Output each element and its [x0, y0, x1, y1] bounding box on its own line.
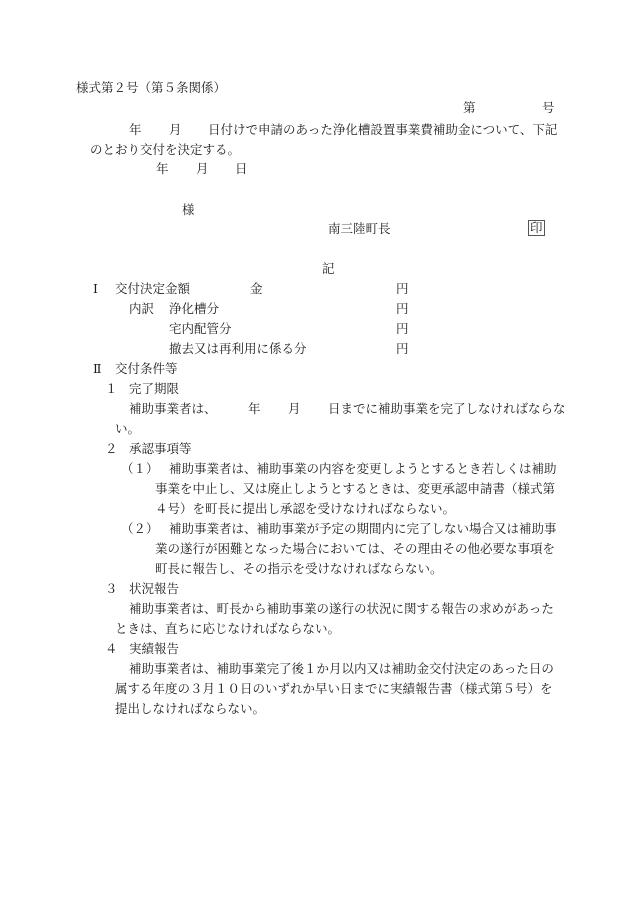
number-suffix: 号: [542, 100, 555, 116]
item-text: 補助事業者は、町長から補助事業の遂行の状況に関する報告の求めがあった: [129, 601, 554, 617]
item-title: 完了期限: [129, 381, 179, 397]
item-title: 承認事項等: [129, 441, 192, 457]
breakdown-item-label: 浄化槽分: [169, 301, 219, 317]
breakdown-item-yen: 円: [396, 341, 409, 357]
item-text: 日までに補助事業を完了しなければならな: [328, 401, 566, 417]
subitem-number: （１）: [121, 461, 159, 477]
breakdown-item-label: 撤去又は再利用に係る分: [169, 341, 307, 357]
subitem-text: 業の遂行が困難となった場合においては、その理由その他必要な事項を: [155, 541, 555, 557]
item-number: １: [105, 381, 118, 397]
seal-mark: 印: [528, 220, 545, 236]
subitem-text: ４号）を町長に提出し承認を受けなければならない。: [155, 501, 455, 517]
subitem-text: 事業を中止し、又は廃止しようとするときは、変更承認申請書（様式第: [155, 481, 555, 497]
breakdown-label: 内訳: [129, 301, 154, 317]
subitem-number: （２）: [121, 521, 159, 537]
section1-title: 交付決定金額: [115, 281, 190, 297]
item-text: 提出しなければならない。: [115, 701, 265, 717]
breakdown-item-yen: 円: [396, 321, 409, 337]
subitem-text: 町長に報告し、その指示を受けなければならない。: [155, 561, 443, 577]
issuer-name: 南三陸町長: [328, 221, 391, 237]
form-title: 様式第２号（第５条関係）: [76, 80, 226, 96]
intro-text-line2: のとおり交付を決定する。: [90, 142, 240, 158]
item-text: 補助事業者は、補助事業完了後１か月以内又は補助金交付決定のあった日の: [129, 661, 554, 677]
subitem-text: 補助事業者は、補助事業が予定の期間内に完了しない場合又は補助事: [169, 521, 557, 537]
intro-text-line1: 日付けで申請のあった浄化槽設置事業費補助金について、下記: [208, 122, 557, 138]
item-title: 実績報告: [129, 641, 179, 657]
date-year: 年: [156, 161, 169, 177]
item-text: い。: [115, 421, 140, 437]
section1-yen: 円: [396, 281, 409, 297]
section1-numeral: Ⅰ: [93, 281, 98, 297]
section2-title: 交付条件等: [115, 361, 178, 377]
breakdown-item-yen: 円: [396, 301, 409, 317]
intro-year: 年: [129, 122, 142, 138]
section2-numeral: Ⅱ: [93, 361, 102, 377]
item-year: 年: [248, 401, 261, 417]
item-number: ４: [105, 641, 118, 657]
ki-heading: 記: [322, 261, 335, 277]
item-number: ２: [105, 441, 118, 457]
date-month: 月: [196, 161, 209, 177]
intro-month: 月: [169, 122, 182, 138]
item-text: ときは、直ちに応じなければならない。: [115, 621, 340, 637]
item-text: 属する年度の３月１０日のいずれか早い日までに実績報告書（様式第５号）を: [115, 681, 553, 697]
number-prefix: 第: [463, 100, 476, 116]
item-text: 補助事業者は、: [129, 401, 217, 417]
item-number: ３: [105, 581, 118, 597]
seal-label: 印: [528, 220, 545, 236]
section1-kin: 金: [250, 281, 263, 297]
subitem-text: 補助事業者は、補助事業の内容を変更しようとするとき若しくは補助: [169, 461, 557, 477]
breakdown-item-label: 宅内配管分: [169, 321, 232, 337]
date-day: 日: [235, 161, 248, 177]
item-title: 状況報告: [129, 581, 179, 597]
addressee-honorific: 様: [182, 202, 195, 218]
item-month: 月: [288, 401, 301, 417]
